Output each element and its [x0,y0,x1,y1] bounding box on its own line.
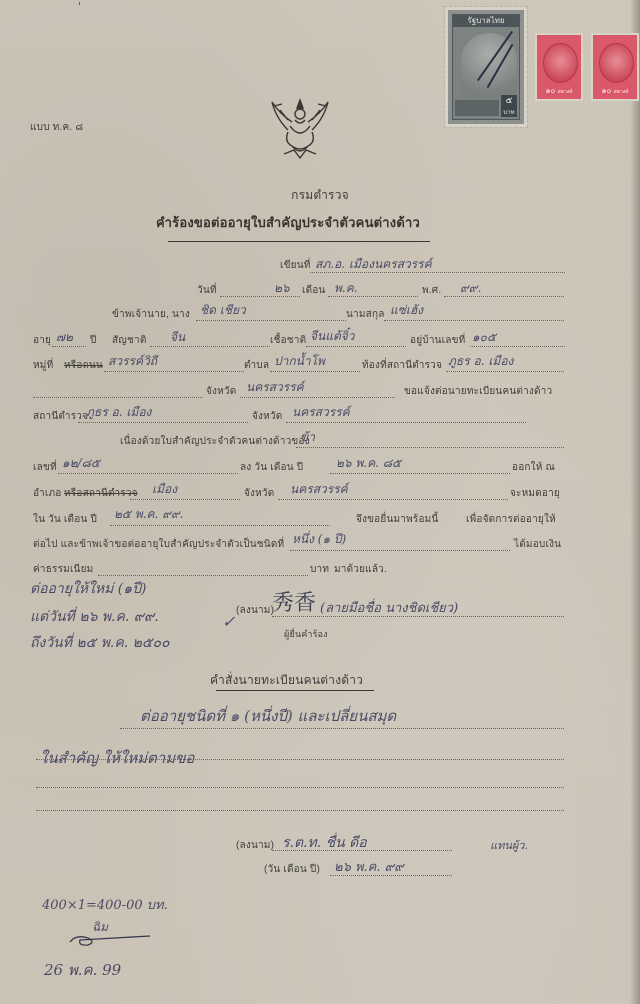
margin-note-line1: ต่ออายุให้ใหม่ (๑ปี) [30,578,146,600]
order-heading-underline [216,690,374,691]
nationality-value: จีนแต้จิ๋ว [310,327,355,346]
ethnicity-value: จีน [170,328,185,347]
date-day-value: ๒๖ [274,279,290,298]
station-province-value: นครสวรรค์ [292,403,350,422]
order-heading: คำสั่งนายทะเบียนคนต่างด้าว [210,671,363,690]
subdistrict-value: ปากน้ำโพ [274,352,325,371]
order-line2: ในสำคัญ ให้ใหม่ตามขอ [40,746,194,770]
initial-flourish-icon [66,930,156,948]
fee-calculation-note: 400×1=400-00 บท. [42,894,168,915]
stamp-artwork [461,33,517,103]
renew-label: ต่อไป และข้าพเจ้าขอต่ออายุใบสำคัญประจำตั… [33,537,284,552]
check-mark-icon: ✓ [222,612,235,631]
district-label: อำเภอ [33,486,61,501]
bring-label: จึงขอยื่นมาพร้อมนี้ [356,512,438,527]
department-name: กรมตำรวจ [0,186,640,205]
document-title: คำร้องขอต่ออายุใบสำคัญประจำตัวคนต่างด้าว [138,212,438,233]
written-at-value: สภ.อ. เมืองนครสวรรค์ [315,255,432,274]
year-value: ๙๙. [460,279,481,298]
district-struck-label: หรือสถานีตำรวจ [64,486,138,501]
surname-value: แซ่เฮ้ง [390,301,423,320]
subdistrict-label: ตำบล [244,358,269,373]
applicant-role-label: ผู้ยื่นคำร้อง [284,627,328,641]
station-province-label: จังหวัด [252,409,282,424]
form-code: แบบ ท.ค. ๘ [30,120,83,135]
applicant-sign-label: (ลงนาม) [236,603,274,618]
margin-note-line3: ถึงวันที่ ๒๕ พ.ค. ๒๕๐๐ [30,632,170,654]
certificate-number-value: ๑๒/๘๕ [62,454,100,473]
postage-stamp: ๑๐ สตางค์ [535,33,583,101]
revenue-stamp: รัฐบาลไทย ๕บาท [445,7,527,127]
surname-label: นามสกุล [346,307,385,322]
expire-date-label: ใน วัน เดือน ปี [33,512,97,527]
stamp-caption [455,100,499,116]
applicant-signature-value: (ลายมือชื่อ นางชิดเชียว) [320,597,458,618]
month-value: พ.ค. [334,279,358,298]
payment-label: ได้มอบเงิน [514,537,561,552]
purpose-label: เพื่อจัดการต่ออายุให้ [466,512,556,527]
postage-stamp: ๑๐ สตางค์ [591,33,639,101]
year-unit-label: ปี [90,333,97,348]
certificate-province-value: นครสวรรค์ [290,480,348,499]
stray-mark: ' [78,0,81,13]
village-label: หมู่ที่ [33,358,53,373]
district-value: เมือง [152,480,177,499]
province-label: จังหวัด [206,384,236,399]
age-value: ๗๒ [56,328,73,347]
order-line1: ต่ออายุชนิดที่ ๑ (หนึ่งปี) และเปลี่ยนสมุ… [140,704,396,728]
house-no-label: อยู่บ้านเลขที่ [410,333,465,348]
year-label: พ.ศ. [422,283,441,298]
village-struck-label: หรือถนน [64,358,103,373]
margin-note-line2: แต่วันที่ ๒๖ พ.ค. ๙๙. [30,606,159,628]
ethnicity-label: สัญชาติ [112,333,147,348]
stamp-portrait [599,43,634,83]
baht-label: บาท [310,562,329,577]
certificate-intro-value: ข้า [300,428,315,447]
expire-label: จะหมดอายุ [510,486,560,501]
age-label: อายุ [33,333,51,348]
written-at-label: เขียนที่ [280,258,311,273]
stamp-value: ๕บาท [501,95,517,117]
police-area-value: ภูธร อ. เมือง [448,352,513,371]
title-underline [168,241,430,242]
attached-label: มาด้วยแล้ว. [334,562,387,577]
date-label: วันที่ [197,283,217,298]
certificate-province-label: จังหวัด [244,486,274,501]
notify-label: ขอแจ้งต่อนายทะเบียนคนต่างด้าว [404,384,552,399]
name-prefix-label: ข้าพเจ้านาย, นาง [112,307,190,322]
village-value: สวรรค์วิถี [108,352,157,371]
certificate-number-label: เลขที่ [33,460,57,475]
registrar-signature-value: ร.ต.ท. ชื่น ดีอ [282,832,367,854]
garuda-emblem-icon [262,96,338,164]
renew-value: หนึ่ง (๑ ปี) [292,530,346,549]
order-date-value: ๒๖ พ.ค. ๙๙ [334,856,404,877]
footer-date-note: 26 พ.ค. 99 [44,958,121,982]
issued-at-label: ออกให้ ณ [512,460,555,475]
certificate-intro-label: เนื่องด้วยใบสำคัญประจำตัวคนต่างด้าวของ [120,434,310,449]
house-no-value: ๑๐๕ [472,328,496,347]
dated-value: ๒๖ พ.ค. ๘๕ [336,454,401,473]
chinese-signature: 秀香 [272,586,316,617]
nationality-label: เชื้อชาติ [270,333,306,348]
province-value: นครสวรรค์ [246,378,304,397]
order-date-label: (วัน เดือน ปี) [264,862,320,877]
registrar-title: แทนผู้ว. [490,836,528,854]
fee-label: ค่าธรรมเนียม [33,562,93,577]
expire-date-value: ๒๕ พ.ค. ๙๙. [114,505,184,524]
dated-label: ลง วัน เดือน ปี [240,460,303,475]
page-edge-shadow [630,0,640,1004]
stamp-header: รัฐบาลไทย [453,15,519,27]
stamp-portrait [543,43,578,83]
registrar-sign-label: (ลงนาม) [236,838,274,853]
police-area-label: ท้องที่สถานีตำรวจ [362,358,442,373]
month-label: เดือน [302,283,326,298]
applicant-name-value: ชิด เชียว [200,301,246,320]
station-value: ภูธร อ. เมือง [86,403,151,422]
